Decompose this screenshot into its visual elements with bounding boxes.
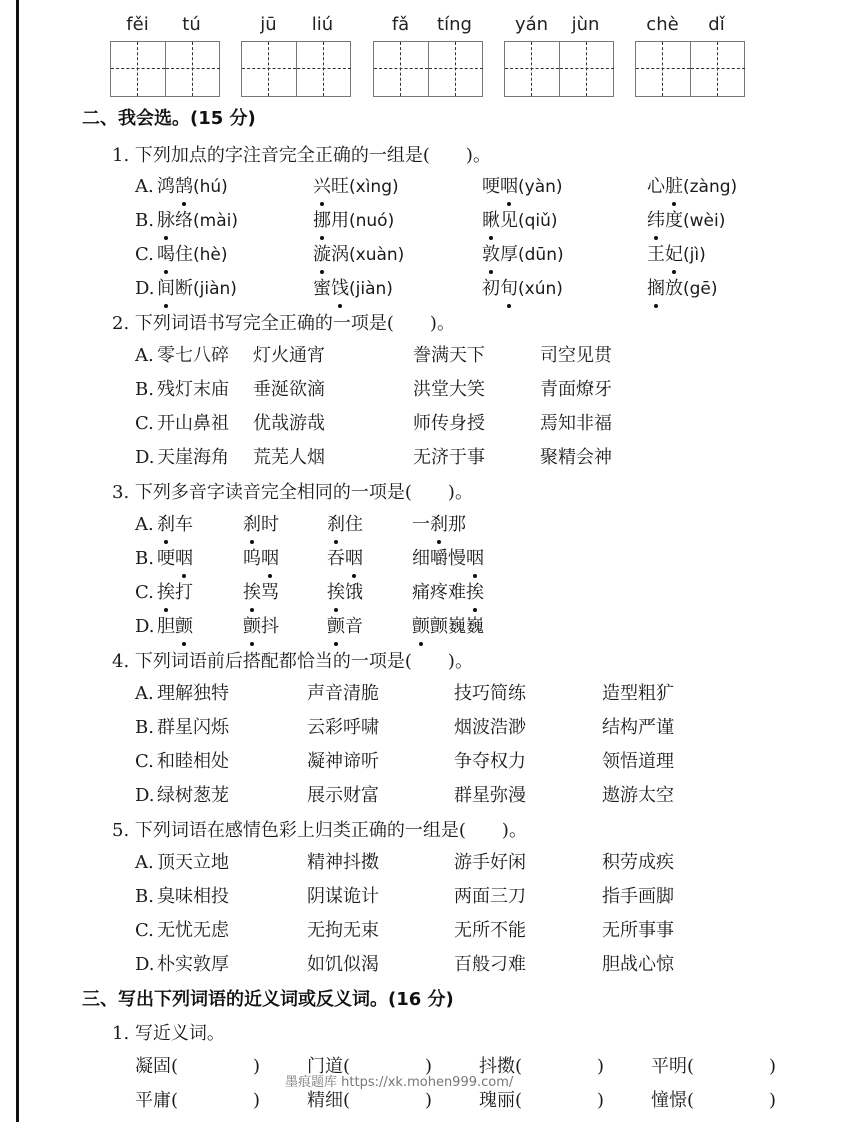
dotted-char: 纬 xyxy=(647,206,665,232)
word: 理解独特 xyxy=(157,683,229,704)
option-item: 心脏(zàng) xyxy=(647,172,737,198)
dotted-char: 饯 xyxy=(331,274,349,300)
option-item: D.间断(jiàn) xyxy=(135,274,237,300)
word: 精细( xyxy=(307,1090,350,1111)
option-letter: A. xyxy=(135,683,157,704)
option-item: 云彩呼啸 xyxy=(307,713,379,739)
word: 声音清脆 xyxy=(307,683,379,704)
option-letter: B. xyxy=(135,379,157,400)
close-paren: ) xyxy=(769,1056,776,1077)
option-item: 漩涡(xuàn) xyxy=(313,240,404,266)
option-item: 积劳成疾 xyxy=(602,848,674,874)
option-letter: B. xyxy=(135,548,157,569)
dotted-char: 颤 xyxy=(175,612,193,638)
option-letter: B. xyxy=(135,717,157,738)
option-item: 青面燎牙 xyxy=(540,375,612,401)
word-part: 抖 xyxy=(261,616,279,637)
option-item: 如饥似渴 xyxy=(307,950,379,976)
word: 无所事事 xyxy=(602,920,674,941)
word: 青面燎牙 xyxy=(540,379,612,400)
option-item: C.和睦相处 xyxy=(135,747,229,773)
dotted-char: 咽 xyxy=(500,172,518,198)
word-part: 打 xyxy=(175,582,193,603)
word-part: 旺 xyxy=(331,176,349,197)
option-item: D.天崖海角 xyxy=(135,443,229,469)
option-item: 敦厚(dūn) xyxy=(482,240,564,266)
option-item: 无济于事 xyxy=(413,443,485,469)
word: 垂涎欲滴 xyxy=(253,379,325,400)
option-item: 一刹那 xyxy=(412,510,466,536)
writing-cell[interactable] xyxy=(636,42,690,96)
dotted-char: 挨 xyxy=(466,578,484,604)
word: 造型粗犷 xyxy=(602,683,674,704)
word: 云彩呼啸 xyxy=(307,717,379,738)
writing-cell[interactable] xyxy=(374,42,428,96)
word-part: 那 xyxy=(448,514,466,535)
pinyin-annotation: (jì) xyxy=(683,245,706,265)
word-part: 细嚼慢 xyxy=(412,548,466,569)
word: 司空见贯 xyxy=(540,345,612,366)
fill-in-item[interactable]: 平庸() xyxy=(135,1086,260,1112)
option-item: 领悟道理 xyxy=(602,747,674,773)
pinyin-annotation: (zàng) xyxy=(683,177,737,197)
word: 誊满天下 xyxy=(413,345,485,366)
word-part: 断 xyxy=(175,278,193,299)
option-letter: D. xyxy=(135,616,157,637)
dotted-char: 鹄 xyxy=(175,172,193,198)
word: 凝固( xyxy=(135,1056,178,1077)
word: 无所不能 xyxy=(454,920,526,941)
close-paren: ) xyxy=(253,1090,260,1111)
option-letter: C. xyxy=(135,413,157,434)
word: 绿树葱茏 xyxy=(157,785,229,806)
word: 群星弥漫 xyxy=(454,785,526,806)
option-letter: A. xyxy=(135,852,157,873)
option-item: 阴谋诡计 xyxy=(307,882,379,908)
word: 阴谋诡计 xyxy=(307,886,379,907)
pinyin-annotation: (yàn) xyxy=(518,177,563,197)
option-letter: B. xyxy=(135,886,157,907)
word: 凝神谛听 xyxy=(307,751,379,772)
option-item: B.脉络(mài) xyxy=(135,206,238,232)
word-part: 胆 xyxy=(157,616,175,637)
writing-cell[interactable] xyxy=(165,42,220,96)
word-part: 住 xyxy=(345,514,363,535)
option-item: 刹住 xyxy=(327,510,363,536)
word-part: 蜜 xyxy=(313,278,331,299)
dotted-char: 脏 xyxy=(665,172,683,198)
option-item: 瞅见(qiǔ) xyxy=(482,206,558,232)
close-paren: ) xyxy=(597,1090,604,1111)
pinyin-annotation: (mài) xyxy=(193,211,238,231)
pinyin-label: tíng xyxy=(427,14,482,35)
dotted-char: 刹 xyxy=(157,510,175,536)
pinyin-label: jū xyxy=(241,14,296,35)
option-item: 优哉游哉 xyxy=(253,409,325,435)
option-item: B.残灯末庙 xyxy=(135,375,229,401)
question-stem: 2. 下列词语书写完全正确的一项是( )。 xyxy=(112,309,455,335)
option-item: 师传身授 xyxy=(413,409,485,435)
option-item: 初旬(xún) xyxy=(482,274,563,300)
option-item: 展示财富 xyxy=(307,781,379,807)
word: 无济于事 xyxy=(413,447,485,468)
word: 遨游太空 xyxy=(602,785,674,806)
word: 憧憬( xyxy=(651,1090,694,1111)
word-part: 吞 xyxy=(327,548,345,569)
pinyin-label: dǐ xyxy=(689,14,744,35)
dotted-char: 刹 xyxy=(243,510,261,536)
dotted-char: 喝 xyxy=(157,240,175,266)
word: 荒芜人烟 xyxy=(253,447,325,468)
question-stem: 1. 下列加点的字注音完全正确的一组是( )。 xyxy=(112,141,491,167)
option-item: 百般刁难 xyxy=(454,950,526,976)
pinyin-label: liú xyxy=(295,14,350,35)
dotted-char: 刹 xyxy=(327,510,345,536)
option-item: C.开山鼻祖 xyxy=(135,409,229,435)
word: 胆战心惊 xyxy=(602,954,674,975)
word: 和睦相处 xyxy=(157,751,229,772)
dotted-char: 瞅 xyxy=(482,206,500,232)
pinyin-annotation: (hè) xyxy=(193,245,228,265)
dotted-char: 挨 xyxy=(243,578,261,604)
option-item: 刹时 xyxy=(243,510,279,536)
option-item: A.顶天立地 xyxy=(135,848,229,874)
option-item: 结构严谨 xyxy=(602,713,674,739)
option-item: 凝神谛听 xyxy=(307,747,379,773)
word: 开山鼻祖 xyxy=(157,413,229,434)
dotted-char: 妃 xyxy=(665,240,683,266)
writing-cell[interactable] xyxy=(242,42,296,96)
word: 朴实敦厚 xyxy=(157,954,229,975)
word: 残灯末庙 xyxy=(157,379,229,400)
word-part: 哽 xyxy=(157,548,175,569)
option-item: 誊满天下 xyxy=(413,341,485,367)
option-item: A.零七八碎 xyxy=(135,341,229,367)
writing-cell[interactable] xyxy=(111,42,165,96)
question-stem: 5. 下列词语在感情色彩上归类正确的一组是( )。 xyxy=(112,816,527,842)
pinyin-annotation: (dūn) xyxy=(518,245,564,265)
word: 顶天立地 xyxy=(157,852,229,873)
pinyin-label: yán xyxy=(504,14,559,35)
pinyin-annotation: (nuó) xyxy=(349,211,394,231)
word: 洪堂大笑 xyxy=(413,379,485,400)
option-item: 聚精会神 xyxy=(540,443,612,469)
dotted-char: 漩 xyxy=(313,240,331,266)
option-item: 精神抖擞 xyxy=(307,848,379,874)
word-part: 车 xyxy=(175,514,193,535)
word: 游手好闲 xyxy=(454,852,526,873)
word: 平庸( xyxy=(135,1090,178,1111)
dotted-char: 脉 xyxy=(157,206,175,232)
writing-cell[interactable] xyxy=(428,42,483,96)
option-item: 王妃(jì) xyxy=(647,240,706,266)
option-letter: C. xyxy=(135,920,157,941)
close-paren: ) xyxy=(253,1056,260,1077)
option-letter: A. xyxy=(135,345,157,366)
option-letter: D. xyxy=(135,447,157,468)
option-item: 细嚼慢咽 xyxy=(412,544,484,570)
dotted-char: 颤 xyxy=(243,612,261,638)
option-item: 呜咽 xyxy=(243,544,279,570)
option-item: 挨骂 xyxy=(243,578,279,604)
fill-in-item[interactable]: 凝固() xyxy=(135,1052,260,1078)
dotted-char: 兴 xyxy=(313,172,331,198)
option-item: 造型粗犷 xyxy=(602,679,674,705)
option-item: 搁放(gē) xyxy=(647,274,718,300)
option-item: 争夺权力 xyxy=(454,747,526,773)
question-stem: 3. 下列多音字读音完全相同的一项是( )。 xyxy=(112,478,473,504)
option-item: 声音清脆 xyxy=(307,679,379,705)
option-item: D.绿树葱茏 xyxy=(135,781,229,807)
pinyin-label: tú xyxy=(164,14,219,35)
word-part: 一 xyxy=(412,514,430,535)
option-letter: D. xyxy=(135,954,157,975)
dotted-char: 挪 xyxy=(313,206,331,232)
section-title: 二、我会选。(15 分) xyxy=(82,104,256,130)
word-part: 音 xyxy=(345,616,363,637)
pinyin-label: chè xyxy=(635,14,690,35)
option-item: C.挨打 xyxy=(135,578,193,604)
pinyin-annotation: (jiàn) xyxy=(349,279,393,299)
writing-cell[interactable] xyxy=(690,42,745,96)
word-part: 颤巍巍 xyxy=(430,616,484,637)
dotted-char: 咽 xyxy=(466,544,484,570)
word: 领悟道理 xyxy=(602,751,674,772)
option-letter: C. xyxy=(135,244,157,265)
option-item: 两面三刀 xyxy=(454,882,526,908)
pinyin-label: fěi xyxy=(110,14,165,35)
fill-in-item[interactable]: 憧憬() xyxy=(651,1086,776,1112)
option-item: 哽咽(yàn) xyxy=(482,172,563,198)
dotted-char: 间 xyxy=(157,274,175,300)
option-letter: C. xyxy=(135,582,157,603)
word-part: 用 xyxy=(331,210,349,231)
word: 焉知非福 xyxy=(540,413,612,434)
close-paren: ) xyxy=(425,1090,432,1111)
word: 两面三刀 xyxy=(454,886,526,907)
word: 积劳成疾 xyxy=(602,852,674,873)
option-item: 颤抖 xyxy=(243,612,279,638)
writing-cell[interactable] xyxy=(559,42,614,96)
writing-cell[interactable] xyxy=(505,42,559,96)
option-item: 游手好闲 xyxy=(454,848,526,874)
word-part: 初 xyxy=(482,278,500,299)
option-item: 兴旺(xìng) xyxy=(313,172,399,198)
option-item: D.胆颤 xyxy=(135,612,193,638)
question-stem: 4. 下列词语前后搭配都恰当的一项是( )。 xyxy=(112,647,473,673)
option-item: 技巧简练 xyxy=(454,679,526,705)
dotted-char: 敦 xyxy=(482,240,500,266)
word-part: 哽 xyxy=(482,176,500,197)
option-letter: A. xyxy=(135,176,157,197)
dotted-char: 挨 xyxy=(157,578,175,604)
dotted-char: 刹 xyxy=(430,510,448,536)
option-letter: C. xyxy=(135,751,157,772)
word: 百般刁难 xyxy=(454,954,526,975)
word-part: 度 xyxy=(665,210,683,231)
word-part: 络 xyxy=(175,210,193,231)
word: 瑰丽( xyxy=(479,1090,522,1111)
word-part: 王 xyxy=(647,244,665,265)
dotted-char: 颤 xyxy=(327,612,345,638)
pinyin-annotation: (wèi) xyxy=(683,211,725,231)
dotted-char: 咽 xyxy=(175,544,193,570)
option-item: 吞咽 xyxy=(327,544,363,570)
word: 平明( xyxy=(651,1056,694,1077)
option-item: 挪用(nuó) xyxy=(313,206,394,232)
pinyin-annotation: (xìng) xyxy=(349,177,399,197)
dotted-char: 旬 xyxy=(500,274,518,300)
pinyin-annotation: (qiǔ) xyxy=(518,211,558,231)
option-item: C.无忧无虑 xyxy=(135,916,229,942)
word-part: 呜 xyxy=(243,548,261,569)
option-item: A.理解独特 xyxy=(135,679,229,705)
option-item: 烟波浩渺 xyxy=(454,713,526,739)
dotted-char: 挨 xyxy=(327,578,345,604)
word-part: 痛疼难 xyxy=(412,582,466,603)
pinyin-annotation: (xuàn) xyxy=(349,245,404,265)
question-stem: 1. 写近义词。 xyxy=(112,1019,225,1045)
option-item: 纬度(wèi) xyxy=(647,206,725,232)
word: 精神抖擞 xyxy=(307,852,379,873)
dotted-char: 咽 xyxy=(345,544,363,570)
option-item: 颤颤巍巍 xyxy=(412,612,484,638)
option-item: A.刹车 xyxy=(135,510,193,536)
word: 烟波浩渺 xyxy=(454,717,526,738)
word: 臭味相投 xyxy=(157,886,229,907)
option-item: 洪堂大笑 xyxy=(413,375,485,401)
option-item: B.群星闪烁 xyxy=(135,713,229,739)
close-paren: ) xyxy=(769,1090,776,1111)
option-item: 遨游太空 xyxy=(602,781,674,807)
option-item: C.喝住(hè) xyxy=(135,240,228,266)
section-title: 三、写出下列词语的近义词或反义词。(16 分) xyxy=(82,985,454,1011)
option-item: 颤音 xyxy=(327,612,363,638)
word: 群星闪烁 xyxy=(157,717,229,738)
writing-cell[interactable] xyxy=(296,42,351,96)
dotted-char: 颤 xyxy=(412,612,430,638)
word-part: 放 xyxy=(665,278,683,299)
option-item: B.哽咽 xyxy=(135,544,193,570)
option-item: 司空见贯 xyxy=(540,341,612,367)
pinyin-label: fǎ xyxy=(373,14,428,35)
option-letter: A. xyxy=(135,514,157,535)
option-item: 垂涎欲滴 xyxy=(253,375,325,401)
word: 争夺权力 xyxy=(454,751,526,772)
word: 技巧简练 xyxy=(454,683,526,704)
word: 如饥似渴 xyxy=(307,954,379,975)
option-item: 无所事事 xyxy=(602,916,674,942)
word: 天崖海角 xyxy=(157,447,229,468)
option-letter: D. xyxy=(135,278,157,299)
word-part: 时 xyxy=(261,514,279,535)
option-item: 焉知非福 xyxy=(540,409,612,435)
word: 零七八碎 xyxy=(157,345,229,366)
option-letter: D. xyxy=(135,785,157,806)
pinyin-label: jùn xyxy=(558,14,613,35)
option-item: 指手画脚 xyxy=(602,882,674,908)
option-item: B.臭味相投 xyxy=(135,882,229,908)
option-letter: B. xyxy=(135,210,157,231)
watermark: 墨痕题库 https://xk.mohen999.com/ xyxy=(285,1071,513,1090)
word-part: 骂 xyxy=(261,582,279,603)
word-part: 心 xyxy=(647,176,665,197)
option-item: 荒芜人烟 xyxy=(253,443,325,469)
dotted-char: 咽 xyxy=(261,544,279,570)
word: 展示财富 xyxy=(307,785,379,806)
option-item: 蜜饯(jiàn) xyxy=(313,274,393,300)
pinyin-annotation: (gē) xyxy=(683,279,718,299)
option-item: 挨饿 xyxy=(327,578,363,604)
word-part: 见 xyxy=(500,210,518,231)
word-part: 饿 xyxy=(345,582,363,603)
option-item: 无拘无束 xyxy=(307,916,379,942)
close-paren: ) xyxy=(597,1056,604,1077)
word: 师传身授 xyxy=(413,413,485,434)
word-part: 住 xyxy=(175,244,193,265)
option-item: 无所不能 xyxy=(454,916,526,942)
option-item: 胆战心惊 xyxy=(602,950,674,976)
word-part: 涡 xyxy=(331,244,349,265)
option-item: 群星弥漫 xyxy=(454,781,526,807)
option-item: A.鸿鹄(hú) xyxy=(135,172,228,198)
option-item: 灯火通宵 xyxy=(253,341,325,367)
word: 优哉游哉 xyxy=(253,413,325,434)
pinyin-annotation: (xún) xyxy=(518,279,563,299)
word: 灯火通宵 xyxy=(253,345,325,366)
fill-in-item[interactable]: 平明() xyxy=(651,1052,776,1078)
word: 无拘无束 xyxy=(307,920,379,941)
word-part: 鸿 xyxy=(157,176,175,197)
word: 无忧无虑 xyxy=(157,920,229,941)
word: 聚精会神 xyxy=(540,447,612,468)
word-part: 厚 xyxy=(500,244,518,265)
pinyin-annotation: (jiàn) xyxy=(193,279,237,299)
word: 指手画脚 xyxy=(602,886,674,907)
dotted-char: 搁 xyxy=(647,274,665,300)
word: 结构严谨 xyxy=(602,717,674,738)
binding-margin-line xyxy=(16,0,19,1122)
pinyin-annotation: (hú) xyxy=(193,177,228,197)
option-item: 痛疼难挨 xyxy=(412,578,484,604)
option-item: D.朴实敦厚 xyxy=(135,950,229,976)
